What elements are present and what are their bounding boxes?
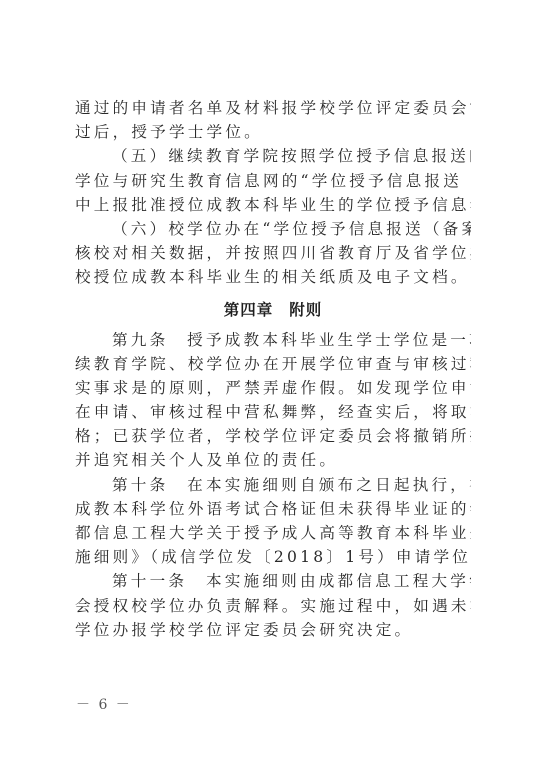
article-11: 第十一条 本实施细则由成都信息工程大学学位评定委员 会授权校学位办负责解释。实施… [75, 569, 471, 642]
text-line: 过后，授予学士学位。 [75, 120, 471, 144]
chapter-number: 第四章 [224, 301, 274, 319]
text-line: 续教育学院、校学位办在开展学位审查与审核过程中，必须坚持 [75, 352, 471, 376]
text-line: 格；已获学位者，学校学位评定委员会将撤销所授予的学士学位， [75, 424, 471, 448]
text-line: 成教本科学位外语考试合格证但未获得毕业证的学生，可按《成 [75, 497, 471, 521]
text-line: 实事求是的原则，严禁弄虚作假。如发现学位申请者或相关单位 [75, 376, 471, 400]
article-9: 第九条 授予成教本科毕业生学士学位是一项严肃工作。继 续教育学院、校学位办在开展… [75, 328, 471, 473]
text-line: （五）继续教育学院按照学位授予信息报送的要求，在中国 [75, 144, 471, 168]
text-line: 学位与研究生教育信息网的“学位授予信息报送（备案）系统” [75, 169, 471, 193]
chapter-heading: 第四章附则 [75, 293, 471, 327]
text-line: 核校对相关数据，并按照四川省教育厅及省学位办的要求上报学 [75, 241, 471, 265]
text-line: 在申请、审核过程中营私舞弊，经查实后，将取消申请人申请资 [75, 400, 471, 424]
chapter-title: 附则 [289, 301, 322, 319]
text-line: 通过的申请者名单及材料报学校学位评定委员会审议，经审议通 [75, 96, 471, 120]
text-line: 第十一条 本实施细则由成都信息工程大学学位评定委员 [75, 569, 471, 593]
paragraph-continued: 通过的申请者名单及材料报学校学位评定委员会审议，经审议通 过后，授予学士学位。 [75, 96, 471, 144]
document-page: 通过的申请者名单及材料报学校学位评定委员会审议，经审议通 过后，授予学士学位。 … [75, 96, 471, 642]
text-line: 学位办报学校学位评定委员会研究决定。 [75, 618, 471, 642]
paragraph-item-5: （五）继续教育学院按照学位授予信息报送的要求，在中国 学位与研究生教育信息网的“… [75, 144, 471, 217]
text-line: 会授权校学位办负责解释。实施过程中，如遇未涉及事项，由校 [75, 594, 471, 618]
page-number: － 6 － [76, 694, 132, 714]
text-line: 第九条 授予成教本科毕业生学士学位是一项严肃工作。继 [75, 328, 471, 352]
text-line: 并追究相关个人及单位的责任。 [75, 448, 471, 472]
text-line: 第十条 在本实施细则自颁布之日起执行，在此之前已获得 [75, 473, 471, 497]
text-line: 都信息工程大学关于授予成人高等教育本科毕业生学士学位实 [75, 521, 471, 545]
text-line: 施细则》（成信学位发〔2018〕1号）申请学位。 [75, 545, 471, 569]
text-line: 校授位成教本科毕业生的相关纸质及电子文档。 [75, 265, 471, 289]
text-line: 中上报批准授位成教本科毕业生的学位授予信息年报数据。 [75, 193, 471, 217]
text-line: （六）校学位办在“学位授予信息报送（备案）系统”中审 [75, 217, 471, 241]
paragraph-item-6: （六）校学位办在“学位授予信息报送（备案）系统”中审 核校对相关数据，并按照四川… [75, 217, 471, 290]
article-10: 第十条 在本实施细则自颁布之日起执行，在此之前已获得 成教本科学位外语考试合格证… [75, 473, 471, 570]
